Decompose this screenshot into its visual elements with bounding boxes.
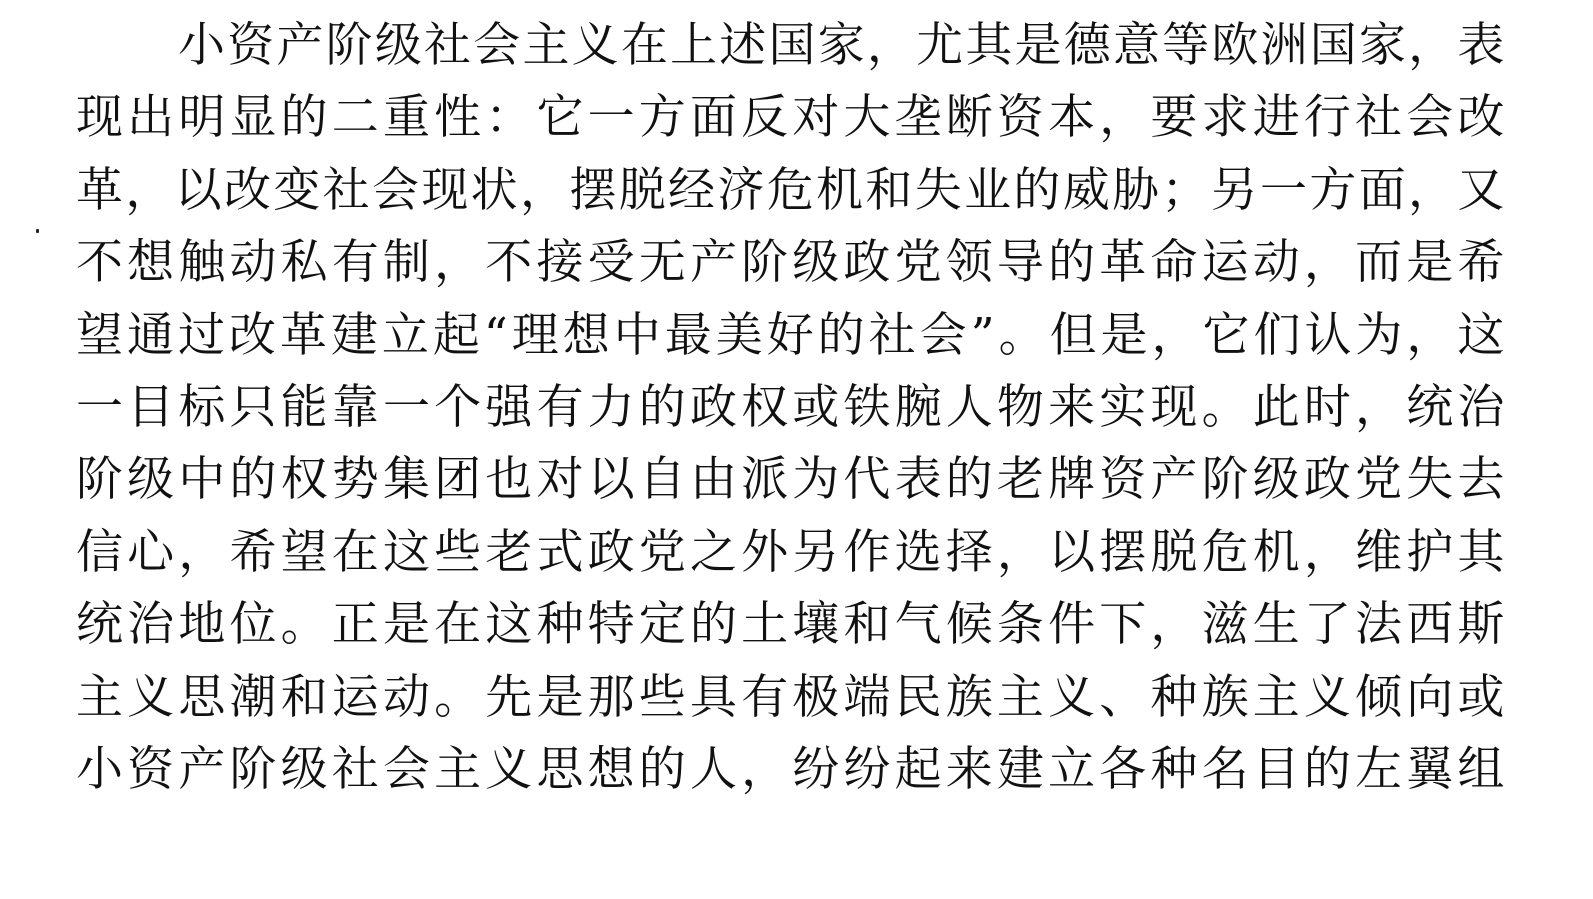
scan-speck xyxy=(36,229,39,233)
paragraph-line-11: 小资产阶级社会主义思想的人，纷纷起来建立各种名目的左翼组 xyxy=(76,740,1506,812)
paragraph-line-2: 现出明显的二重性：它一方面反对大垄断资本，要求进行社会改 xyxy=(76,88,1506,160)
scanned-page: 小资产阶级社会主义在上述国家，尤其是德意等欧洲国家，表 现出明显的二重性：它一方… xyxy=(0,0,1593,899)
paragraph-line-4: 不想触动私有制，不接受无产阶级政党领导的革命运动，而是希 xyxy=(76,233,1506,305)
paragraph-line-10: 主义思潮和运动。先是那些具有极端民族主义、种族主义倾向或 xyxy=(76,668,1506,740)
paragraph-line-3: 革，以改变社会现状，摆脱经济危机和失业的威胁；另一方面，又 xyxy=(76,161,1506,233)
paragraph-line-9: 统治地位。正是在这种特定的土壤和气候条件下，滋生了法西斯 xyxy=(76,595,1506,667)
paragraph-line-5: 望通过改革建立起“理想中最美好的社会”。但是，它们认为，这 xyxy=(76,306,1506,378)
paragraph-line-8: 信心，希望在这些老式政党之外另作选择，以摆脱危机，维护其 xyxy=(76,523,1506,595)
paragraph-line-7: 阶级中的权势集团也对以自由派为代表的老牌资产阶级政党失去 xyxy=(76,450,1506,522)
body-paragraph: 小资产阶级社会主义在上述国家，尤其是德意等欧洲国家，表 现出明显的二重性：它一方… xyxy=(76,16,1506,812)
paragraph-line-1: 小资产阶级社会主义在上述国家，尤其是德意等欧洲国家，表 xyxy=(76,16,1506,88)
paragraph-line-6: 一目标只能靠一个强有力的政权或铁腕人物来实现。此时，统治 xyxy=(76,378,1506,450)
